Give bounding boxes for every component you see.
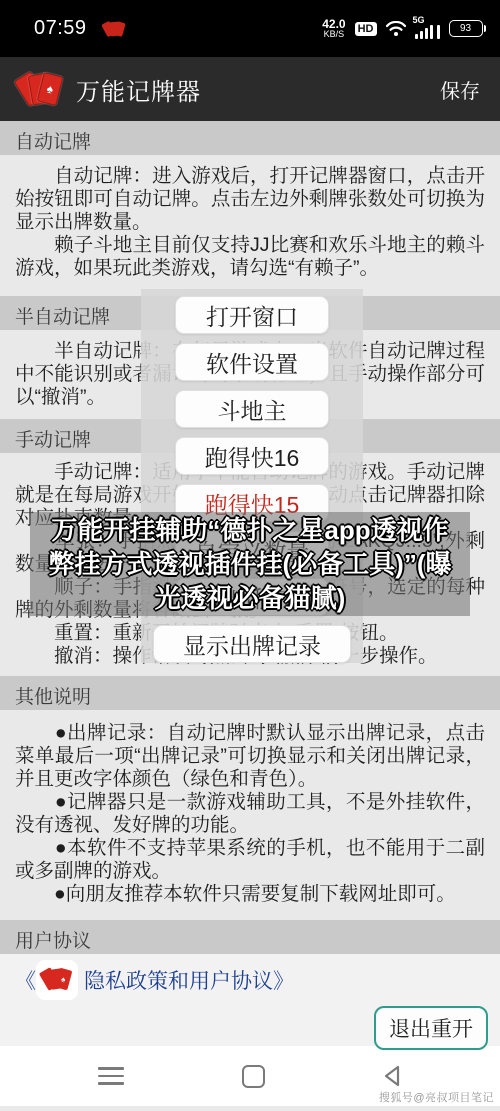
menu-icon[interactable] [98, 1067, 124, 1085]
menu-custom-count-button[interactable]: 自定义数量 [175, 531, 329, 569]
app-bar: ♠ 万能记牌器 保存 [0, 57, 500, 121]
wifi-icon [386, 21, 406, 37]
menu-show-play-record-button[interactable]: 显示出牌记录 [153, 625, 351, 663]
home-icon[interactable] [242, 1065, 265, 1088]
other-bullet-4: ●向朋友推荐本软件只需要复制下载网址即可。 [15, 883, 485, 906]
agreement-cards-icon: ♠ [36, 960, 78, 1000]
clock: 07:59 [34, 17, 87, 40]
back-icon[interactable] [382, 1065, 402, 1087]
notification-cards-icon [101, 19, 127, 39]
privacy-policy-link[interactable]: 隐私政策和用户协议》 [84, 965, 294, 995]
signal-icon: 5G [415, 19, 440, 39]
agreement-section: 《 ♠ 隐私政策和用户协议》 退出重开 [0, 954, 500, 1046]
floating-card-menu: 打开窗口 软件设置 斗地主 跑得快16 跑得快15 自定义数量 退出程序 显示出… [141, 289, 363, 663]
save-button[interactable]: 保存 [440, 75, 480, 104]
other-bullet-3: ●本软件不支持苹果系统的手机，也不能用于二副或多副牌的游戏。 [15, 837, 485, 883]
hd-icon: HD [355, 22, 377, 36]
other-section-body: ●出牌记录：自动记牌时默认显示出牌记录，点击菜单最后一项“出牌记录”可切换显示和… [0, 710, 500, 920]
menu-open-window-button[interactable]: 打开窗口 [175, 296, 329, 334]
network-speed: 42.0 KB/S [322, 19, 345, 39]
menu-exit-program-button[interactable]: 退出程序 [175, 578, 329, 616]
app-logo-cards-icon: ♠ [16, 66, 68, 112]
other-bullet-2: ●记牌器只是一款游戏辅助工具，不是外挂软件，没有透视、发好牌的功能。 [15, 791, 485, 837]
section-header-agreement: 用户协议 [0, 920, 500, 954]
auto-paragraph-1: 自动记牌：进入游戏后，打开记牌器窗口，点击开始按钮即可自动记牌。点击左边外剩牌张… [15, 165, 485, 234]
menu-paodekuai15-button[interactable]: 跑得快15 [175, 484, 329, 522]
agreement-bracket: 《 [15, 965, 36, 995]
menu-software-settings-button[interactable]: 软件设置 [175, 343, 329, 381]
phone-screen: 07:59 42.0 KB/S HD 5G [0, 0, 500, 1111]
section-header-other: 其他说明 [0, 676, 500, 710]
menu-paodekuai16-button[interactable]: 跑得快16 [175, 437, 329, 475]
auto-section-body: 自动记牌：进入游戏后，打开记牌器窗口，点击开始按钮即可自动记牌。点击左边外剩牌张… [0, 155, 500, 296]
section-header-auto: 自动记牌 [0, 121, 500, 155]
battery-icon: 93 [449, 20, 487, 37]
other-bullet-1: ●出牌记录：自动记牌时默认显示出牌记录，点击菜单最后一项“出牌记录”可切换显示和… [15, 722, 485, 791]
android-nav-bar [0, 1046, 500, 1106]
exit-restart-button[interactable]: 退出重开 [374, 1006, 488, 1050]
status-bar: 07:59 42.0 KB/S HD 5G [0, 0, 500, 57]
page-title: 万能记牌器 [76, 72, 201, 107]
menu-doudizhu-button[interactable]: 斗地主 [175, 390, 329, 428]
auto-paragraph-2: 赖子斗地主目前仅支持JJ比赛和欢乐斗地主的赖斗游戏，如果玩此类游戏，请勾选“有赖… [15, 234, 485, 280]
